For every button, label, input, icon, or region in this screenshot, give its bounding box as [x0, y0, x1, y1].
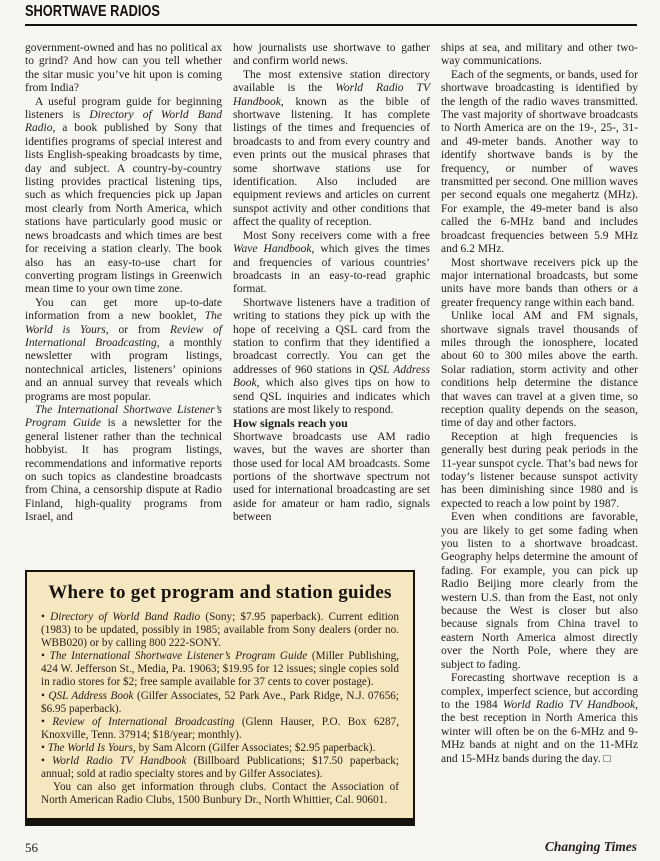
paragraph: Even when conditions are favorable, you …: [441, 511, 638, 672]
paragraph: Unlike local AM and FM signals, shortwav…: [441, 310, 638, 431]
guide-item: • The World Is Yours, by Sam Alcorn (Gil…: [41, 742, 399, 755]
paragraph: Most shortwave receivers pick up the maj…: [441, 257, 638, 311]
paragraph: Shortwave listeners have a tradition of …: [233, 297, 430, 418]
guide-item: • The International Shortwave Listener’s…: [41, 650, 399, 689]
magazine-page: SHORTWAVE RADIOS government-owned and ha…: [0, 0, 660, 861]
magazine-name: Changing Times: [545, 839, 637, 855]
guide-item: • Directory of World Band Radio (Sony; $…: [41, 611, 399, 650]
paragraph: how journalists use shortwave to gather …: [233, 42, 430, 69]
paragraph: Reception at high frequencies is general…: [441, 431, 638, 511]
page-number: 56: [25, 840, 38, 856]
guide-item: • QSL Address Book (Gilfer Associates, 5…: [41, 690, 399, 716]
guide-item: • Review of International Broadcasting (…: [41, 716, 399, 742]
paragraph: You can get more up-to-date information …: [25, 297, 222, 404]
paragraph: Shortwave broadcasts use AM radio waves,…: [233, 431, 430, 525]
paragraph: Each of the segments, or bands, used for…: [441, 69, 638, 257]
header-rule: [25, 24, 637, 26]
guides-closing: You can also get information through clu…: [41, 781, 399, 807]
guides-box: Where to get program and station guides …: [25, 570, 415, 820]
paragraph: The International Shortwave Listener’s P…: [25, 404, 222, 525]
paragraph: government-owned and has no political ax…: [25, 42, 222, 96]
paragraph: The most extensive station directory ava…: [233, 69, 430, 230]
running-head: SHORTWAVE RADIOS: [25, 3, 160, 21]
paragraph: Most Sony receivers come with a free Wav…: [233, 230, 430, 297]
column-3: ships at sea, and military and other two…: [441, 42, 638, 766]
paragraph: A useful program guide for beginning lis…: [25, 96, 222, 297]
guides-box-title: Where to get program and station guides: [41, 582, 399, 604]
paragraph-end-of-article: Forecasting shortwave reception is a com…: [441, 672, 638, 766]
paragraph: ships at sea, and military and other two…: [441, 42, 638, 69]
subheading-how-signals-reach-you: How signals reach you: [233, 417, 430, 430]
guide-item: • World Radio TV Handbook (Billboard Pub…: [41, 755, 399, 781]
